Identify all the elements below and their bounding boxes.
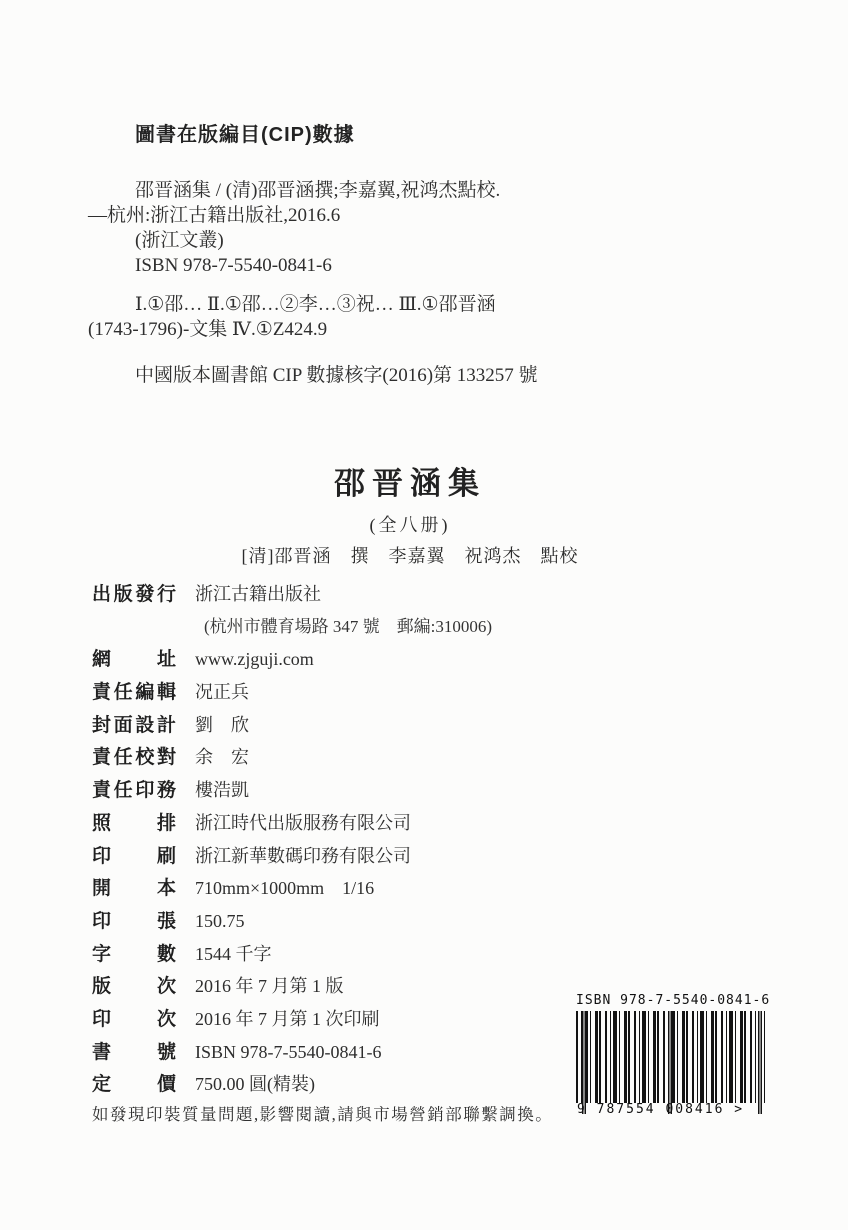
- publication-info-label: 版次: [92, 971, 176, 1004]
- publication-info-label: 印次: [92, 1004, 176, 1037]
- publication-info-label: 責任校對: [92, 742, 176, 775]
- cip-isbn-line: ISBN 978-7-5540-0841-6: [135, 253, 672, 278]
- publication-info-value: 况正兵: [195, 676, 249, 709]
- publication-info-value: 2016 年 7 月第 1 次印刷: [195, 1003, 380, 1036]
- book-authors: [清]邵晋涵 撰 李嘉翼 祝鸿杰 點校: [0, 542, 820, 568]
- publication-info-label: 出版發行: [92, 579, 176, 612]
- publication-info-item: 書號 ISBN 978-7-5540-0841-6: [92, 1036, 652, 1069]
- publication-info-value: 710mm×1000mm 1/16: [195, 872, 374, 905]
- publication-info-item: 印刷 浙江新華數碼印務有限公司: [92, 840, 652, 873]
- publication-info-value: 浙江新華數碼印務有限公司: [195, 840, 411, 873]
- publication-info-item: 版次 2016 年 7 月第 1 版: [92, 970, 652, 1003]
- publication-info-row: 字數 1544 千字: [92, 938, 652, 971]
- publication-info-item: 出版發行 浙江古籍出版社 (杭州市體育場路 347 號 郵編:310006): [92, 578, 652, 643]
- barcode-isbn-text: ISBN 978-7-5540-0841-6: [576, 993, 768, 1008]
- barcode-digits: 9 787554 008416 >: [576, 1102, 768, 1117]
- publication-info-label: 書號: [92, 1037, 176, 1070]
- publication-info-row: 定價 750.00 圓(精裝): [92, 1068, 652, 1101]
- publication-info-row: 印次 2016 年 7 月第 1 次印刷: [92, 1003, 652, 1036]
- publication-info-value: 2016 年 7 月第 1 版: [195, 970, 344, 1003]
- publication-info-value: 浙江古籍出版社: [195, 578, 321, 611]
- publication-info-label: 照排: [92, 808, 176, 841]
- publication-info-label: 責任編輯: [92, 677, 176, 710]
- publication-info-row: 開本 710mm×1000mm 1/16: [92, 872, 652, 905]
- publication-info-row: 責任編輯 况正兵: [92, 676, 652, 709]
- publication-info-item: 責任印務 樓浩凱: [92, 774, 652, 807]
- publication-info-label: 開本: [92, 873, 176, 906]
- publication-info-item: 印次 2016 年 7 月第 1 次印刷: [92, 1003, 652, 1036]
- publication-info-row: 印張 150.75: [92, 905, 652, 938]
- barcode-guard-left: [582, 1011, 586, 1114]
- cip-registry-line: 中國版本圖書館 CIP 數據核字(2016)第 133257 號: [135, 363, 672, 388]
- isbn-barcode: ISBN 978-7-5540-0841-6 9 787554 008416 >: [576, 993, 768, 1117]
- publication-info-value: 750.00 圓(精裝): [195, 1068, 315, 1101]
- publication-info-value: 150.75: [195, 905, 245, 938]
- publication-info-item: 字數 1544 千字: [92, 938, 652, 971]
- barcode-guard-middle: [668, 1011, 672, 1114]
- publication-info-row: 封面設計 劉 欣: [92, 709, 652, 742]
- barcode-guard-right: [758, 1011, 762, 1114]
- publication-info-item: 照排 浙江時代出版服務有限公司: [92, 807, 652, 840]
- cip-description-line-1: 邵晋涵集 / (清)邵晋涵撰;李嘉翼,祝鸿杰點校.: [135, 178, 672, 203]
- publication-info-item: 責任編輯 况正兵: [92, 676, 652, 709]
- publication-info-row: 照排 浙江時代出版服務有限公司: [92, 807, 652, 840]
- publication-info-label: 封面設計: [92, 710, 176, 743]
- quality-notice: 如發現印裝質量問題,影響閱讀,請與市場營銷部聯繫調換。: [92, 1101, 652, 1125]
- publication-info-row: 印刷 浙江新華數碼印務有限公司: [92, 840, 652, 873]
- cip-block: 圖書在版編目(CIP)數據 邵晋涵集 / (清)邵晋涵撰;李嘉翼,祝鸿杰點校. …: [92, 123, 672, 388]
- cip-header: 圖書在版編目(CIP)數據: [135, 123, 672, 148]
- publisher-address: (杭州市體育場路 347 號 郵編:310006): [92, 611, 652, 644]
- publication-info-label: 字數: [92, 939, 176, 972]
- cip-classification-line-1: Ⅰ.①邵… Ⅱ.①邵…②李…③祝… Ⅲ.①邵晋涵: [135, 292, 672, 317]
- publication-info-label: 責任印務: [92, 775, 176, 808]
- publication-info-value: 1544 千字: [195, 938, 272, 971]
- cip-classification-line-2: (1743-1796)-文集 Ⅳ.①Z424.9: [88, 317, 672, 342]
- publication-info-row: 版次 2016 年 7 月第 1 版: [92, 970, 652, 1003]
- barcode-bars: [576, 1011, 768, 1103]
- publication-info-row: 書號 ISBN 978-7-5540-0841-6: [92, 1036, 652, 1069]
- publication-info-list: 出版發行 浙江古籍出版社 (杭州市體育場路 347 號 郵編:310006) 網…: [92, 578, 652, 1101]
- publication-info-value: ISBN 978-7-5540-0841-6: [195, 1036, 382, 1069]
- publication-info-row: 出版發行 浙江古籍出版社: [92, 578, 652, 611]
- publication-info-label: 定價: [92, 1069, 176, 1102]
- publication-info-label: 網址: [92, 644, 176, 677]
- publication-info-label: 印張: [92, 906, 176, 939]
- cip-description-line-2: —杭州:浙江古籍出版社,2016.6: [88, 203, 672, 228]
- publication-info-value: 劉 欣: [195, 709, 249, 742]
- publication-info-value: www.zjguji.com: [195, 643, 314, 676]
- publication-info-row: 網址 www.zjguji.com: [92, 643, 652, 676]
- publication-info-row: 責任印務 樓浩凱: [92, 774, 652, 807]
- publication-info-value: 浙江時代出版服務有限公司: [195, 807, 411, 840]
- publication-info-item: 印張 150.75: [92, 905, 652, 938]
- book-title: 邵晋涵集: [0, 458, 820, 503]
- cip-series-line: (浙江文叢): [135, 228, 672, 253]
- publication-info-value: 余 宏: [195, 741, 249, 774]
- publication-info-item: 網址 www.zjguji.com: [92, 643, 652, 676]
- publication-info-value: 樓浩凱: [195, 774, 249, 807]
- book-copyright-page: 圖書在版編目(CIP)數據 邵晋涵集 / (清)邵晋涵撰;李嘉翼,祝鸿杰點校. …: [0, 0, 848, 1230]
- publication-info-label: 印刷: [92, 841, 176, 874]
- publication-info-item: 封面設計 劉 欣: [92, 709, 652, 742]
- publication-info-row: 責任校對 余 宏: [92, 741, 652, 774]
- publication-info-item: 開本 710mm×1000mm 1/16: [92, 872, 652, 905]
- publication-info-item: 定價 750.00 圓(精裝): [92, 1068, 652, 1101]
- publication-info-item: 責任校對 余 宏: [92, 741, 652, 774]
- book-volumes: (全八册): [0, 511, 820, 537]
